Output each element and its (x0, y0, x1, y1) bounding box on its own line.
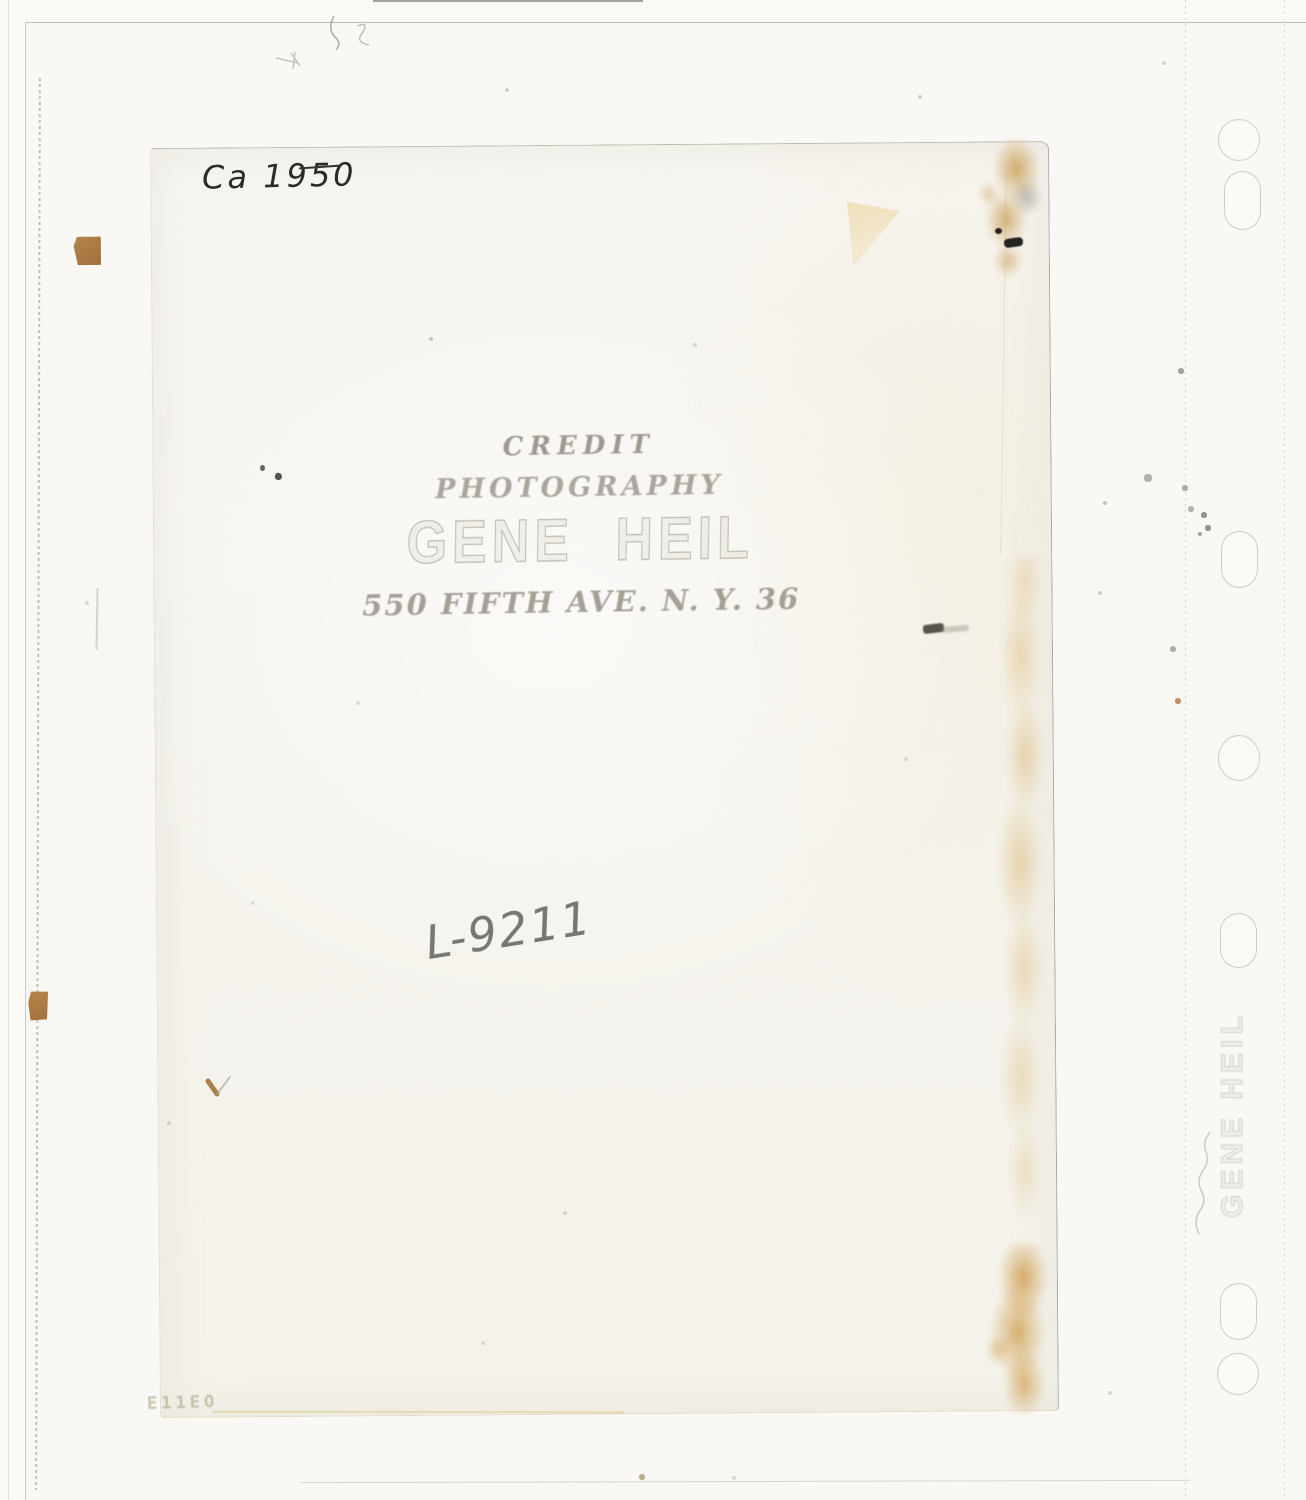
punch-hole (1221, 531, 1258, 588)
ink-speck (260, 465, 265, 471)
faint-corner-stamp: E11EO (147, 1392, 219, 1414)
punch-hole (1220, 1283, 1257, 1340)
right-perforation-line-outer (1284, 0, 1285, 1500)
stamp-line-photography: PHOTOGRAPHY (324, 468, 834, 507)
scanner-edge-line (8, 0, 9, 1500)
handwritten-date-annotation: Ca 1950 (202, 155, 357, 196)
ink-blot-small (995, 228, 1002, 234)
punch-hole (1218, 735, 1260, 781)
ghost-stamp-offset-text: GENE HEIL (1216, 1018, 1250, 1218)
pencil-squiggle-marks (262, 4, 402, 74)
paper-speckles (0, 0, 2, 2)
stain-right-edge-column (995, 555, 1045, 1223)
punch-hole (1217, 1353, 1259, 1395)
punch-hole (1224, 171, 1261, 230)
stain-bottom-right (986, 1243, 1050, 1415)
tape-fragment-lower-left (27, 990, 49, 1021)
scan-edge-artifact (373, 0, 643, 2)
tape-checkmark-fragment (204, 1074, 232, 1098)
punch-hole (1220, 913, 1257, 968)
right-perforation-line-inner (1185, 0, 1186, 1500)
ghost-script-squiggle (1192, 1128, 1218, 1238)
stamp-line-photographer-name: GENE HEIL (325, 502, 836, 579)
punch-hole (1218, 119, 1260, 161)
photographer-credit-stamp: CREDIT PHOTOGRAPHY GENE HEIL 550 FIFTH A… (324, 427, 837, 623)
stain-top-right-corner (963, 138, 1049, 278)
photo-verso-paper (150, 141, 1059, 1418)
